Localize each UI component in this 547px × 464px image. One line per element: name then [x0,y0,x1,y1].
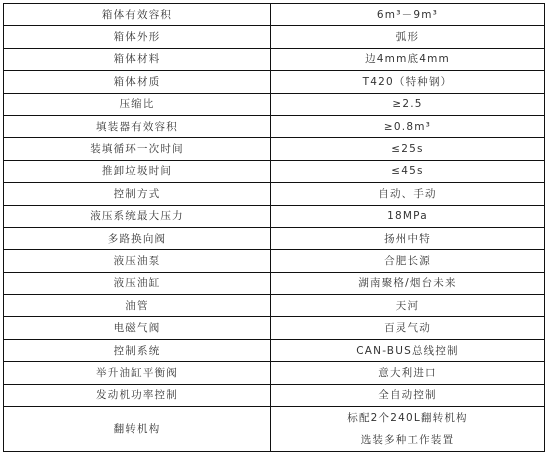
table-row: 油管天河 [4,295,545,317]
row-label: 推卸垃圾时间 [4,160,271,182]
table-row: 液压系统最大压力18MPa [4,205,545,227]
table-row: 箱体有效容积6m³－9m³ [4,4,545,26]
row-value: 全自动控制 [271,384,545,406]
row-value: 18MPa [271,205,545,227]
value-line: 选装多种工作装置 [271,429,544,451]
row-label: 电磁气阀 [4,317,271,339]
table-row: 压缩比≥2.5 [4,93,545,115]
table-row: 箱体材料边4mm底4mm [4,48,545,70]
row-label: 液压系统最大压力 [4,205,271,227]
row-value: 自动、手动 [271,183,545,205]
table-row: 装填循环一次时间≤25s [4,138,545,160]
row-label: 控制方式 [4,183,271,205]
row-value: ≤25s [271,138,545,160]
row-label: 液压油缸 [4,272,271,294]
row-label: 箱体外形 [4,26,271,48]
table-row: 液压油缸湖南聚格/烟台未来 [4,272,545,294]
row-label: 箱体材料 [4,48,271,70]
row-label: 填装器有效容积 [4,115,271,137]
row-label: 装填循环一次时间 [4,138,271,160]
row-value: 标配2个240L翻转机构 选装多种工作装置 [271,407,545,452]
row-label: 举升油缸平衡阀 [4,362,271,384]
row-value: 边4mm底4mm [271,48,545,70]
table-row: 控制方式自动、手动 [4,183,545,205]
row-label: 液压油泵 [4,250,271,272]
table-row: 推卸垃圾时间≤45s [4,160,545,182]
table-row: 箱体外形弧形 [4,26,545,48]
table-row: 液压油泵合肥长源 [4,250,545,272]
row-value: CAN-BUS总线控制 [271,339,545,361]
row-label: 压缩比 [4,93,271,115]
row-value: T420（特种钢） [271,71,545,93]
table-row: 多路换向阀扬州中特 [4,227,545,249]
row-value: 湖南聚格/烟台未来 [271,272,545,294]
row-label: 控制系统 [4,339,271,361]
table-row: 举升油缸平衡阀意大利进口 [4,362,545,384]
row-value: ≥2.5 [271,93,545,115]
row-value: 扬州中特 [271,227,545,249]
table-row: 填装器有效容积≥0.8m³ [4,115,545,137]
row-value: 弧形 [271,26,545,48]
table-row: 翻转机构 标配2个240L翻转机构 选装多种工作装置 [4,407,545,452]
row-value: 6m³－9m³ [271,4,545,26]
row-label: 发动机功率控制 [4,384,271,406]
row-label: 多路换向阀 [4,227,271,249]
row-value: 百灵气动 [271,317,545,339]
row-value: 天河 [271,295,545,317]
row-value: ≤45s [271,160,545,182]
value-line: 标配2个240L翻转机构 [271,407,544,429]
table-row: 电磁气阀百灵气动 [4,317,545,339]
row-value: 合肥长源 [271,250,545,272]
row-label: 箱体有效容积 [4,4,271,26]
table-row: 控制系统CAN-BUS总线控制 [4,339,545,361]
row-label: 翻转机构 [4,407,271,452]
row-label: 油管 [4,295,271,317]
row-label: 箱体材质 [4,71,271,93]
table-row: 发动机功率控制全自动控制 [4,384,545,406]
table-row: 箱体材质T420（特种钢） [4,71,545,93]
row-value: 意大利进口 [271,362,545,384]
row-value: ≥0.8m³ [271,115,545,137]
spec-table: 箱体有效容积6m³－9m³ 箱体外形弧形 箱体材料边4mm底4mm 箱体材质T4… [3,3,545,452]
